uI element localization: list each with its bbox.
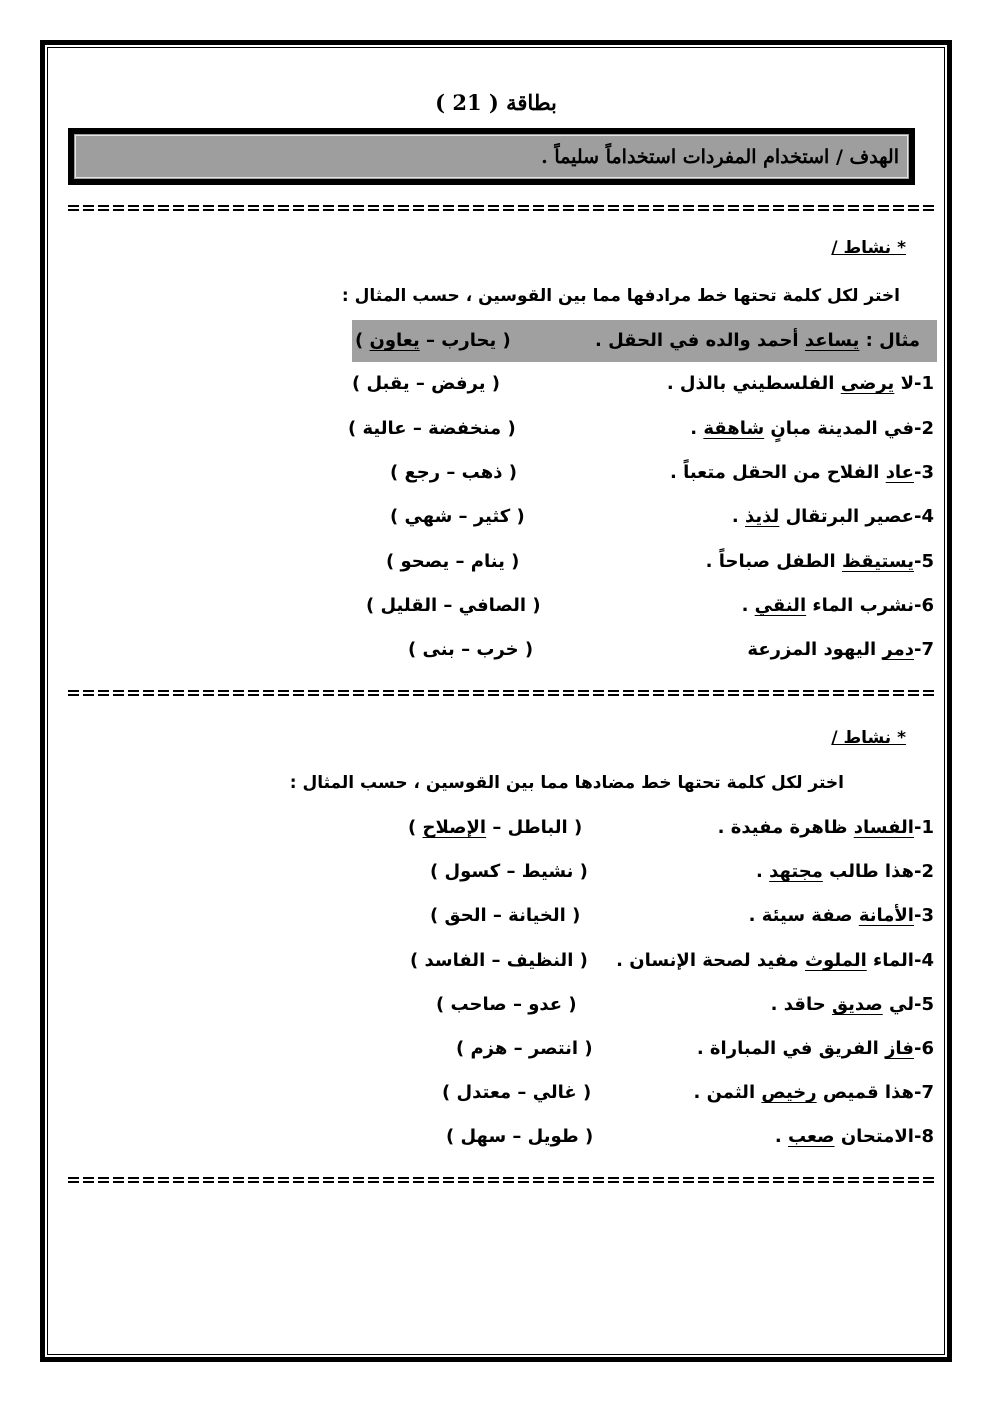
a2-item-6: 6-فاز الفريق في المباراة .	[697, 1038, 934, 1059]
example-choice-open: ( يحارب –	[420, 330, 511, 351]
a2-item-2: 2-هذا طالب مجتهد .	[756, 861, 934, 882]
a2-item-7: 7-هذا قميص رخيص الثمن .	[693, 1082, 934, 1103]
example-rest: أحمد والده في الحقل .	[595, 330, 805, 351]
a2-item-5-choices: ( عدو – صاحب )	[436, 994, 577, 1015]
a2-item-1-choices: ( الباطل – الإصلاح )	[408, 817, 582, 838]
separator-2	[68, 690, 935, 696]
a1-item-3-choices: ( ذهب – رجع )	[390, 462, 517, 483]
a2-item-8: 8-الامتحان صعب .	[775, 1126, 934, 1147]
example-choice-answer: يعاون	[370, 330, 420, 351]
activity1-instruction: اختر لكل كلمة تحتها خط مرادفها مما بين ا…	[342, 286, 900, 306]
a2-item-4: 4-الماء الملوث مفيد لصحة الإنسان .	[616, 950, 934, 971]
a1-item-6-choices: ( الصافي – القليل )	[366, 595, 541, 616]
a2-item-3-choices: ( الخيانة – الحق )	[430, 905, 580, 926]
a1-item-6: 6-نشرب الماء النقي .	[742, 595, 934, 616]
a1-item-2: 2-في المدينة مبانٍ شاهقة .	[690, 418, 934, 439]
a2-item-1: 1-الفساد ظاهرة مفيدة .	[718, 817, 934, 838]
a1-item-7-choices: ( خرب – بنى )	[408, 639, 533, 660]
a2-item-6-choices: ( انتصر – هزم )	[456, 1038, 593, 1059]
separator-3	[68, 1177, 935, 1183]
example-choice-close: )	[355, 330, 370, 351]
a1-item-3: 3-عاد الفلاح من الحقل متعباً .	[670, 462, 934, 483]
activity2-instruction: اختر لكل كلمة تحتها خط مضادها مما بين ال…	[290, 773, 844, 793]
activity1-heading: * نشاط /	[831, 238, 906, 258]
a1-item-1: 1-لا يرضى الفلسطيني بالذل .	[667, 373, 934, 394]
a1-item-4-choices: ( كثير – شهي )	[390, 506, 525, 527]
a1-item-1-choices: ( يرفض – يقبل )	[352, 373, 500, 394]
example-choices: ( يحارب – يعاون )	[355, 330, 511, 351]
a2-item-4-choices: ( النظيف – الفاسد )	[410, 950, 588, 971]
page-border	[40, 40, 952, 1362]
a2-item-8-choices: ( طويل – سهل )	[446, 1126, 593, 1147]
a1-item-5: 5-يستيقظ الطفل صباحاً .	[706, 551, 934, 572]
example-prefix: مثال :	[859, 330, 920, 351]
a1-item-2-choices: ( منخفضة – عالية )	[348, 418, 516, 439]
separator-1	[68, 205, 935, 211]
example-underlined-word: يساعد	[805, 330, 860, 351]
a2-item-5: 5-لي صديق حاقد .	[771, 994, 934, 1015]
goal-box: الهدف / استخدام المفردات استخداماً سليما…	[68, 128, 915, 185]
card-title: بطاقة ( 21 )	[0, 90, 992, 115]
example-sentence: مثال : يساعد أحمد والده في الحقل .	[595, 330, 920, 351]
goal-text: الهدف / استخدام المفردات استخداماً سليما…	[541, 146, 899, 168]
a1-item-7: 7-دمر اليهود المزرعة	[747, 639, 934, 660]
a2-item-3: 3-الأمانة صفة سيئة .	[749, 905, 934, 926]
a1-item-4: 4-عصير البرتقال لذيذ .	[732, 506, 934, 527]
a2-item-2-choices: ( نشيط – كسول )	[430, 861, 588, 882]
activity2-heading: * نشاط /	[831, 728, 906, 748]
a1-item-5-choices: ( ينام – يصحو )	[386, 551, 519, 572]
a2-item-7-choices: ( غالي – معتدل )	[442, 1082, 591, 1103]
